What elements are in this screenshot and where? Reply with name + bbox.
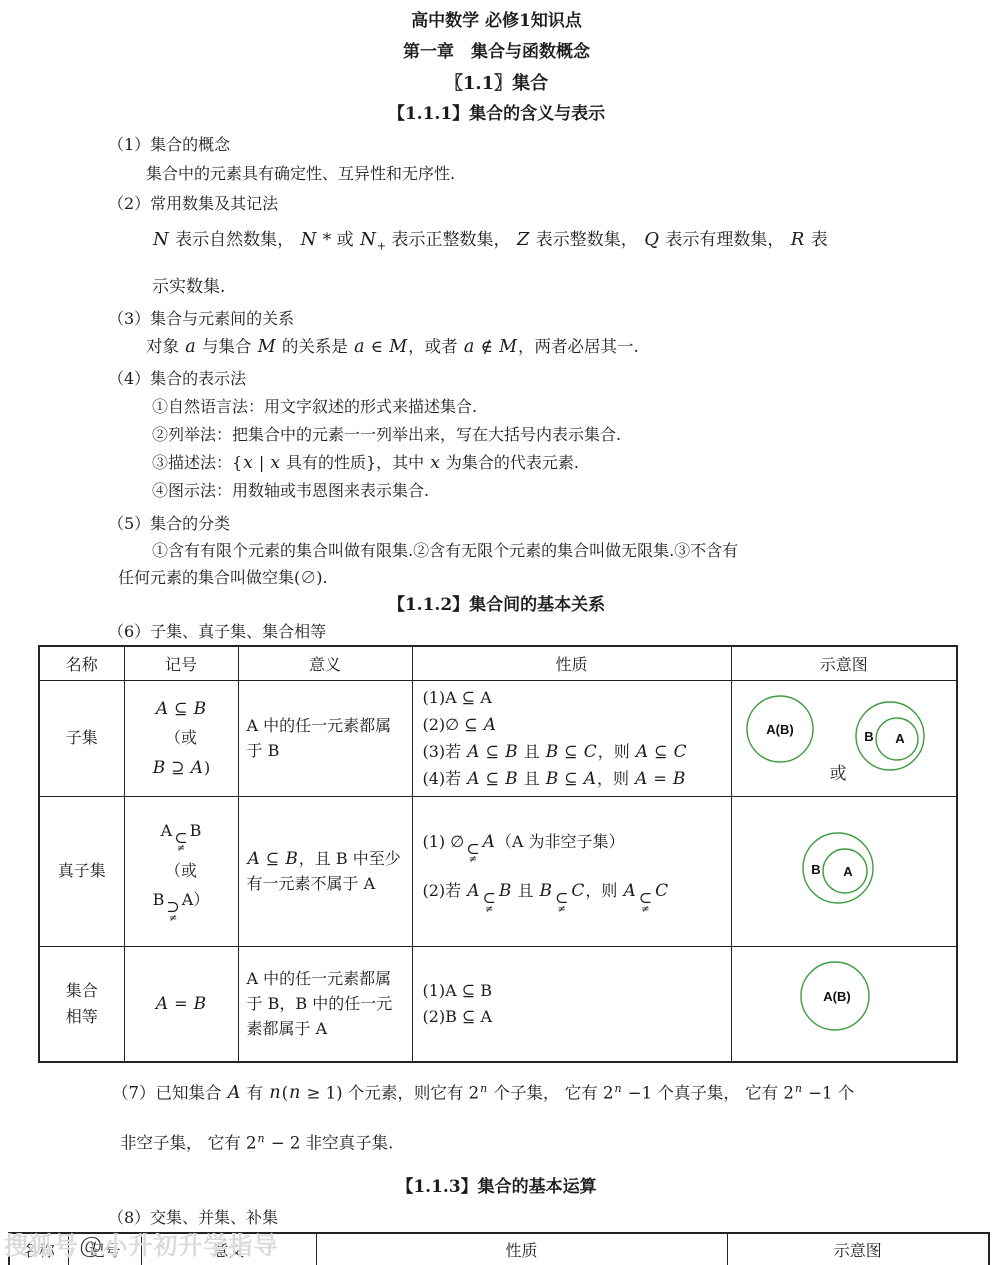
set-equal-property-1: (1)A ⊆ B <box>423 978 721 1004</box>
subsets-table-header-row: 名称 记号 意义 性质 示意图 <box>39 646 957 680</box>
section-1-1-heading: 〖1.1〗集合 <box>0 72 993 96</box>
proper-subset-property-2: (2)若 A⊂≠B 且 B⊂≠C，则 A⊂≠C <box>423 878 721 913</box>
proper-subset-diagram-cell: B A <box>731 796 957 946</box>
header-cell-name: 名称 <box>39 646 124 680</box>
subset-property-3: (3)若 A ⊆ B 且 B ⊆ C，则 A ⊆ C <box>423 738 721 765</box>
subset-notation-line-1: A ⊆ B <box>125 697 238 720</box>
item-4-sub-3: ③描述法：{x | x 具有的性质}，其中 x 为集合的代表元素. <box>152 452 993 473</box>
item-4-sub-4: ④图示法：用数轴或韦恩图来表示集合. <box>152 480 993 501</box>
or-text: 或 <box>829 764 846 784</box>
subset-property-1: (1)A ⊆ A <box>423 685 721 711</box>
item-1-text: 集合中的元素具有确定性、互异性和无序性. <box>146 163 993 184</box>
subset-notation-line-2: （或 <box>125 727 238 749</box>
set-equal-meaning-cell: A 中的任一元素都属于 B，B 中的任一元素都属于 A <box>238 946 412 1062</box>
proper-subset-name-cell: 真子集 <box>39 796 124 946</box>
set-equal-notation-cell: A = B <box>124 946 238 1062</box>
venn-label: B <box>864 729 873 744</box>
subset-notation-line-3: B ⊇ A) <box>125 756 238 779</box>
watermark: 搜狐号@小升初升学指导 <box>4 1226 278 1261</box>
venn-label: B <box>811 862 820 877</box>
item-5-text-line-1: ①含有有限个元素的集合叫做有限集.②含有无限个元素的集合叫做无限集.③不含有 <box>152 540 993 561</box>
subset-property-cell: (1)A ⊆ A (2)∅ ⊆ A (3)若 A ⊆ B 且 B ⊆ C，则 A… <box>412 680 731 796</box>
item-7-line-1: （7）已知集合 A 有 n(n ≥ 1) 个元素，则它有 2n 个子集， 它有 … <box>112 1077 993 1106</box>
subsets-table: 名称 记号 意义 性质 示意图 子集 A ⊆ B （或 B ⊇ A) A 中的任… <box>38 645 958 1063</box>
proper-subset-meaning-cell: A ⊆ B，且 B 中至少有一元素不属于 A <box>238 796 412 946</box>
item-8-heading: （8）交集、并集、补集 <box>108 1207 993 1228</box>
number-sets-line-2: 示实数集. <box>152 275 993 299</box>
proper-subset-notation-cell: A⊂≠B （或 B⊃≠A） <box>124 796 238 946</box>
venn-label: A(B) <box>823 989 850 1004</box>
item-4-heading: （4）集合的表示法 <box>108 368 993 389</box>
subset-meaning-cell: A 中的任一元素都属于 B <box>238 680 412 796</box>
header-cell-meaning: 意义 <box>238 646 412 680</box>
subset-notation-cell: A ⊆ B （或 B ⊇ A) <box>124 680 238 796</box>
proper-subset-property-cell: (1) ∅⊂≠A（A 为非空子集） (2)若 A⊂≠B 且 B⊂≠C，则 A⊂≠… <box>412 796 731 946</box>
item-6-heading: （6）子集、真子集、集合相等 <box>108 621 993 642</box>
subset-property-4: (4)若 A ⊆ B 且 B ⊆ A，则 A = B <box>423 765 721 792</box>
set-equal-venn-diagram: A(B) <box>732 947 956 1057</box>
proper-subset-venn-diagram: B A <box>732 797 956 942</box>
set-equal-name-cell: 集合 相等 <box>39 946 124 1062</box>
table-row-proper-subset: 真子集 A⊂≠B （或 B⊃≠A） A ⊆ B，且 B 中至少有一元素不属于 A… <box>39 796 957 946</box>
subset-venn-diagram: A(B) 或 B A <box>732 682 956 790</box>
subset-property-2: (2)∅ ⊆ A <box>423 711 721 738</box>
venn-label: A <box>843 864 853 879</box>
document-page: 高中数学 必修1知识点 第一章 集合与函数概念 〖1.1〗集合 【1.1.1】集… <box>0 0 993 1265</box>
header-cell-notation: 记号 <box>124 646 238 680</box>
set-equal-notation: A = B <box>125 992 238 1015</box>
number-sets-line-1: N 表示自然数集， N * 或 N+ 表示正整数集， Z 表示整数集， Q 表示… <box>152 228 993 258</box>
item-3-text: 对象 a 与集合 M 的关系是 a ∈ M，或者 a ∉ M，两者必居其一. <box>146 335 993 359</box>
item-3-heading: （3）集合与元素间的关系 <box>108 308 993 329</box>
venn-label: A(B) <box>766 722 793 737</box>
chapter-heading: 第一章 集合与函数概念 <box>0 41 993 63</box>
subset-diagram-cell: A(B) 或 B A <box>731 680 957 796</box>
item-5-heading: （5）集合的分类 <box>108 513 993 534</box>
item-4-sub-2: ②列举法：把集合中的元素一一列举出来，写在大括号内表示集合. <box>152 424 993 445</box>
proper-subset-property-1: (1) ∅⊂≠A（A 为非空子集） <box>423 829 721 864</box>
subset-name-cell: 子集 <box>39 680 124 796</box>
item-5-text-line-2: 任何元素的集合叫做空集(∅). <box>118 567 993 588</box>
doc-title: 高中数学 必修1知识点 <box>0 10 993 32</box>
item-1-heading: （1）集合的概念 <box>108 134 993 155</box>
table-row-subset: 子集 A ⊆ B （或 B ⊇ A) A 中的任一元素都属于 B (1)A ⊆ … <box>39 680 957 796</box>
venn-label: A <box>895 731 905 746</box>
header-cell-diagram: 示意图 <box>731 646 957 680</box>
table-row-set-equal: 集合 相等 A = B A 中的任一元素都属于 B，B 中的任一元素都属于 A … <box>39 946 957 1062</box>
set-equal-diagram-cell: A(B) <box>731 946 957 1062</box>
set-equal-property-2: (2)B ⊆ A <box>423 1004 721 1030</box>
set-equal-property-cell: (1)A ⊆ B (2)B ⊆ A <box>412 946 731 1062</box>
item-4-sub-1: ①自然语言法：用文字叙述的形式来描述集合. <box>152 396 993 417</box>
header-cell-property: 性质 <box>316 1233 727 1265</box>
subsection-1-1-3-heading: 【1.1.3】集合的基本运算 <box>0 1176 993 1198</box>
proper-subset-notation-line-1: A⊂≠B <box>125 820 238 853</box>
proper-subset-notation-line-2: （或 <box>125 860 238 882</box>
header-cell-diagram: 示意图 <box>727 1233 989 1265</box>
header-cell-property: 性质 <box>412 646 731 680</box>
proper-subset-notation-line-3: B⊃≠A） <box>125 889 238 922</box>
item-7-line-2: 非空子集， 它有 2n − 2 非空真子集. <box>120 1127 993 1156</box>
item-2-heading: （2）常用数集及其记法 <box>108 193 993 214</box>
subsection-1-1-1-heading: 【1.1.1】集合的含义与表示 <box>0 103 993 125</box>
subsection-1-1-2-heading: 【1.1.2】集合间的基本关系 <box>0 594 993 616</box>
